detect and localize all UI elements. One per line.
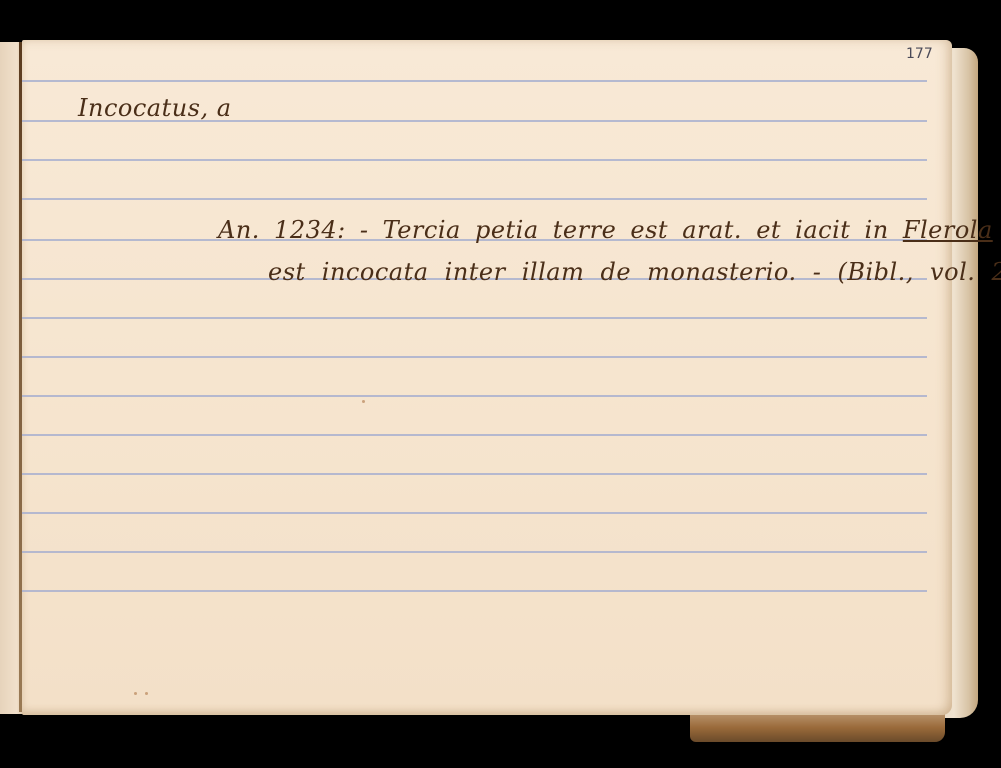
- rule-line: [22, 395, 927, 397]
- rule-line: [22, 356, 927, 358]
- rule-line: [22, 317, 927, 319]
- entry-line-2: est incocata inter illam de monasterio. …: [268, 258, 1001, 286]
- ink-speck: [362, 400, 365, 403]
- binding-spine: [19, 42, 22, 712]
- ink-speck: [145, 692, 148, 695]
- entry-line-1-prefix: An. 1234: - Tercia petia terre est arat.…: [218, 216, 903, 244]
- entry-line-1: An. 1234: - Tercia petia terre est arat.…: [218, 216, 1001, 244]
- rule-line: [22, 198, 927, 200]
- rule-line: [22, 512, 927, 514]
- rule-line: [22, 551, 927, 553]
- entry-line-1-suffix: et: [993, 216, 1001, 244]
- entry-heading: Incocatus, a: [78, 94, 232, 122]
- rule-line: [22, 473, 927, 475]
- page-number: 177: [906, 46, 933, 62]
- rule-line: [22, 159, 927, 161]
- ink-speck: [134, 692, 137, 695]
- rule-line: [22, 590, 927, 592]
- rule-line: [22, 434, 927, 436]
- notebook-page: 177 Incocatus, a An. 1234: - Tercia peti…: [22, 40, 952, 715]
- rule-line: [22, 80, 927, 82]
- underlined-place-name: Flerola: [903, 216, 993, 244]
